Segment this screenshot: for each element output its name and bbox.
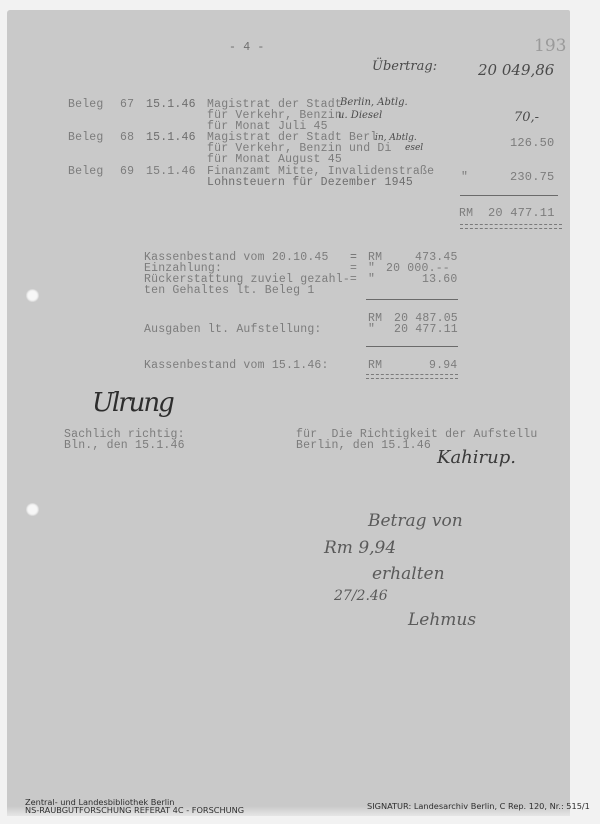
note-date: 27/2.46 bbox=[334, 588, 388, 604]
note-line: erhalten bbox=[372, 564, 445, 584]
punch-hole bbox=[26, 503, 39, 516]
entry-number: 68 bbox=[120, 132, 134, 143]
entry-annotation: u. Diesel bbox=[338, 110, 382, 121]
balance-currency: " bbox=[368, 274, 375, 285]
entry-type: Beleg bbox=[68, 166, 104, 177]
punch-hole bbox=[26, 289, 39, 302]
carryover-amount: 20 049,86 bbox=[478, 61, 554, 79]
expenses-amount: 20 477.11 bbox=[394, 324, 458, 335]
subtotal-currency: RM bbox=[459, 208, 473, 219]
final-currency: RM bbox=[368, 360, 382, 371]
subtotal-amount: 20 477.11 bbox=[488, 208, 555, 219]
subtotal-double-rule bbox=[460, 224, 562, 229]
final-amount: 9.94 bbox=[429, 360, 457, 371]
entry-number: 69 bbox=[120, 166, 134, 177]
carryover-label: Übertrag: bbox=[372, 59, 437, 74]
entry-type: Beleg bbox=[68, 132, 104, 143]
subtotal-rule bbox=[460, 195, 558, 196]
balance-label: ten Gehaltes lt. Beleg 1 bbox=[144, 285, 314, 296]
final-balance-label: Kassenbestand vom 15.1.46: bbox=[144, 360, 329, 371]
note-line: Rm 9,94 bbox=[324, 538, 396, 558]
balance-rule bbox=[366, 299, 458, 300]
entry-date: 15.1.46 bbox=[146, 166, 196, 177]
footer-department: NS-RAUBGUTFORSCHUNG REFERAT 4C - FORSCHU… bbox=[25, 806, 244, 815]
expenses-label: Ausgaben lt. Aufstellung: bbox=[144, 324, 322, 335]
entry-annotation: Berlin, Abtlg. bbox=[340, 97, 408, 108]
entry-desc-line: für Monat August 45 bbox=[207, 154, 342, 165]
entry-amount: 126.50 bbox=[510, 138, 554, 149]
signature-left: Ulrung bbox=[92, 388, 173, 418]
entry-ditto: " bbox=[461, 172, 468, 183]
entry-date: 15.1.46 bbox=[146, 99, 196, 110]
entry-amount: 230.75 bbox=[510, 172, 554, 183]
signoff-right-line2: Berlin, den 15.1.46 bbox=[296, 440, 431, 451]
entry-date: 15.1.46 bbox=[146, 132, 196, 143]
entry-number: 67 bbox=[120, 99, 134, 110]
note-line: Betrag von bbox=[368, 511, 463, 531]
page-number: - 4 - bbox=[229, 42, 265, 53]
expenses-currency: " bbox=[368, 324, 375, 335]
entry-amount: 70,- bbox=[514, 110, 539, 125]
balance-amount: 13.60 bbox=[422, 274, 458, 285]
folio-stamp: 193 bbox=[534, 36, 566, 56]
signoff-left-line2: Bln., den 15.1.46 bbox=[64, 440, 185, 451]
final-double-rule bbox=[366, 374, 458, 379]
note-signature: Lehmus bbox=[408, 610, 476, 630]
entry-type: Beleg bbox=[68, 99, 104, 110]
entry-desc-line: Lohnsteuern für Dezember 1945 bbox=[207, 177, 413, 188]
entry-annotation: esel bbox=[405, 143, 423, 153]
expenses-rule bbox=[366, 346, 458, 347]
entry-annotation: in, Abtlg. bbox=[375, 133, 417, 143]
signature-right: Kahirup. bbox=[437, 447, 516, 468]
footer-signature-reference: SIGNATUR: Landesarchiv Berlin, C Rep. 12… bbox=[367, 802, 590, 811]
